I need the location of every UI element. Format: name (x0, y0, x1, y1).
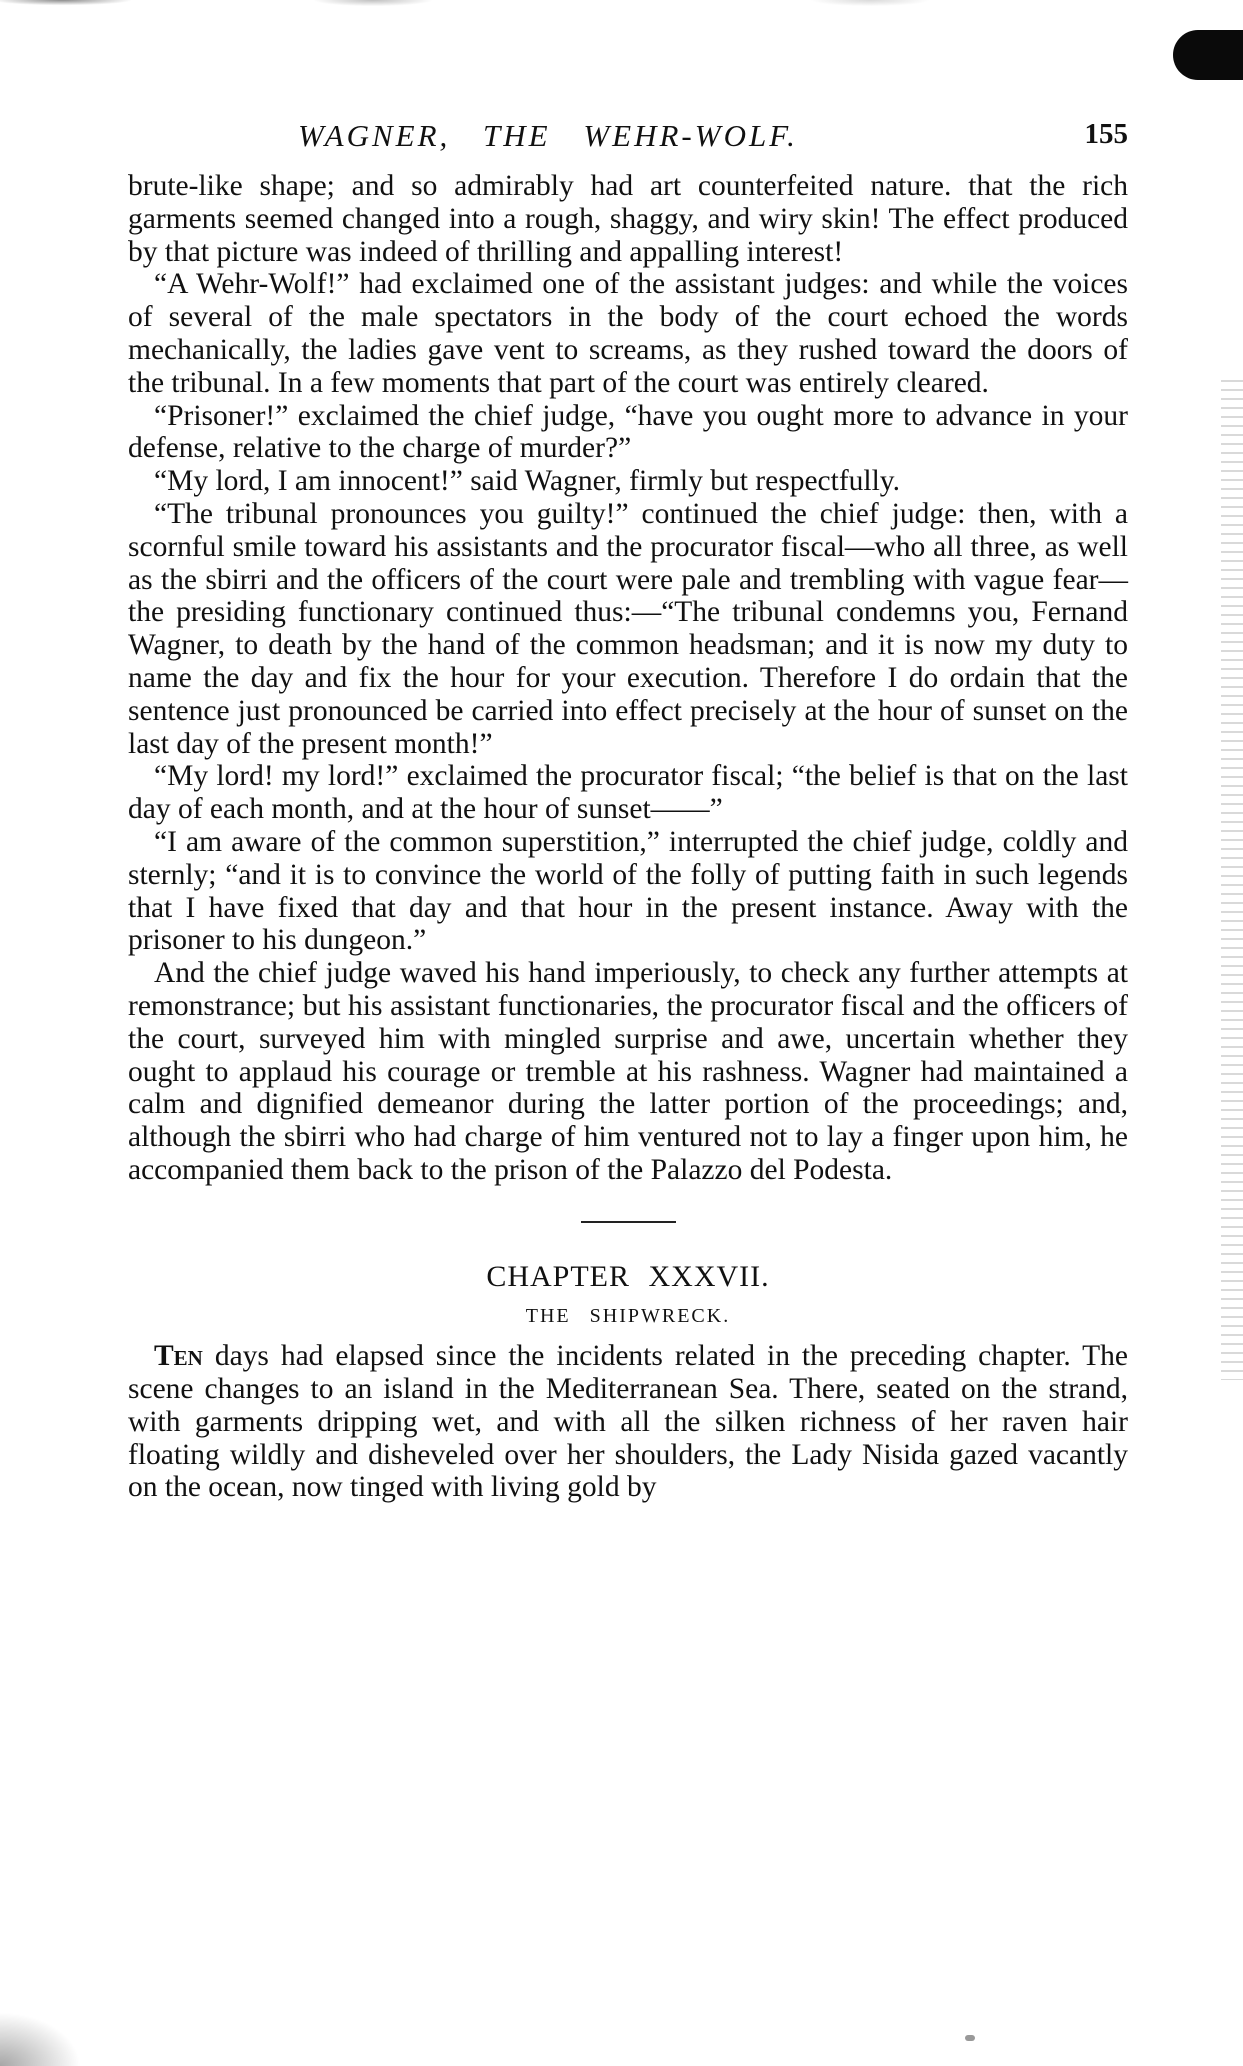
chapter-subtitle: THE SHIPWRECK. (128, 1300, 1128, 1333)
scan-mark (965, 2035, 975, 2041)
body-text: brute-like shape; and so admirably had a… (128, 170, 1128, 1504)
running-head: WAGNER, THE WEHR-WOLF. 155 (128, 118, 1128, 162)
book-page: WAGNER, THE WEHR-WOLF. 155 brute-like sh… (128, 118, 1128, 1504)
opening-text: days had elapsed since the incidents rel… (128, 1340, 1128, 1503)
scan-speckle-top (0, 0, 1243, 90)
page-number: 155 (1085, 118, 1129, 151)
chapter-title: CHAPTER XXXVII. (128, 1261, 1128, 1294)
paragraph: “My lord, I am innocent!” said Wagner, f… (128, 465, 1128, 498)
section-divider (581, 1221, 676, 1223)
paragraph: “A Wehr-Wolf!” had exclaimed one of the … (128, 268, 1128, 399)
scan-edge-noise (1221, 380, 1243, 1380)
chapter-opening-paragraph: Ten days had elapsed since the incidents… (128, 1340, 1128, 1504)
paragraph: “My lord! my lord!” exclaimed the procur… (128, 760, 1128, 826)
scan-speckle-bottom (0, 1986, 120, 2066)
paragraph: “The tribunal pronounces you guilty!” co… (128, 498, 1128, 760)
paragraph: And the chief judge waved his hand imper… (128, 957, 1128, 1187)
paragraph: “I am aware of the common superstition,”… (128, 826, 1128, 957)
running-title: WAGNER, THE WEHR-WOLF. (298, 118, 798, 154)
ink-blot (1173, 30, 1243, 80)
paragraph: brute-like shape; and so admirably had a… (128, 170, 1128, 268)
paragraph: “Prisoner!” exclaimed the chief judge, “… (128, 400, 1128, 466)
opening-word: Ten (154, 1340, 203, 1372)
